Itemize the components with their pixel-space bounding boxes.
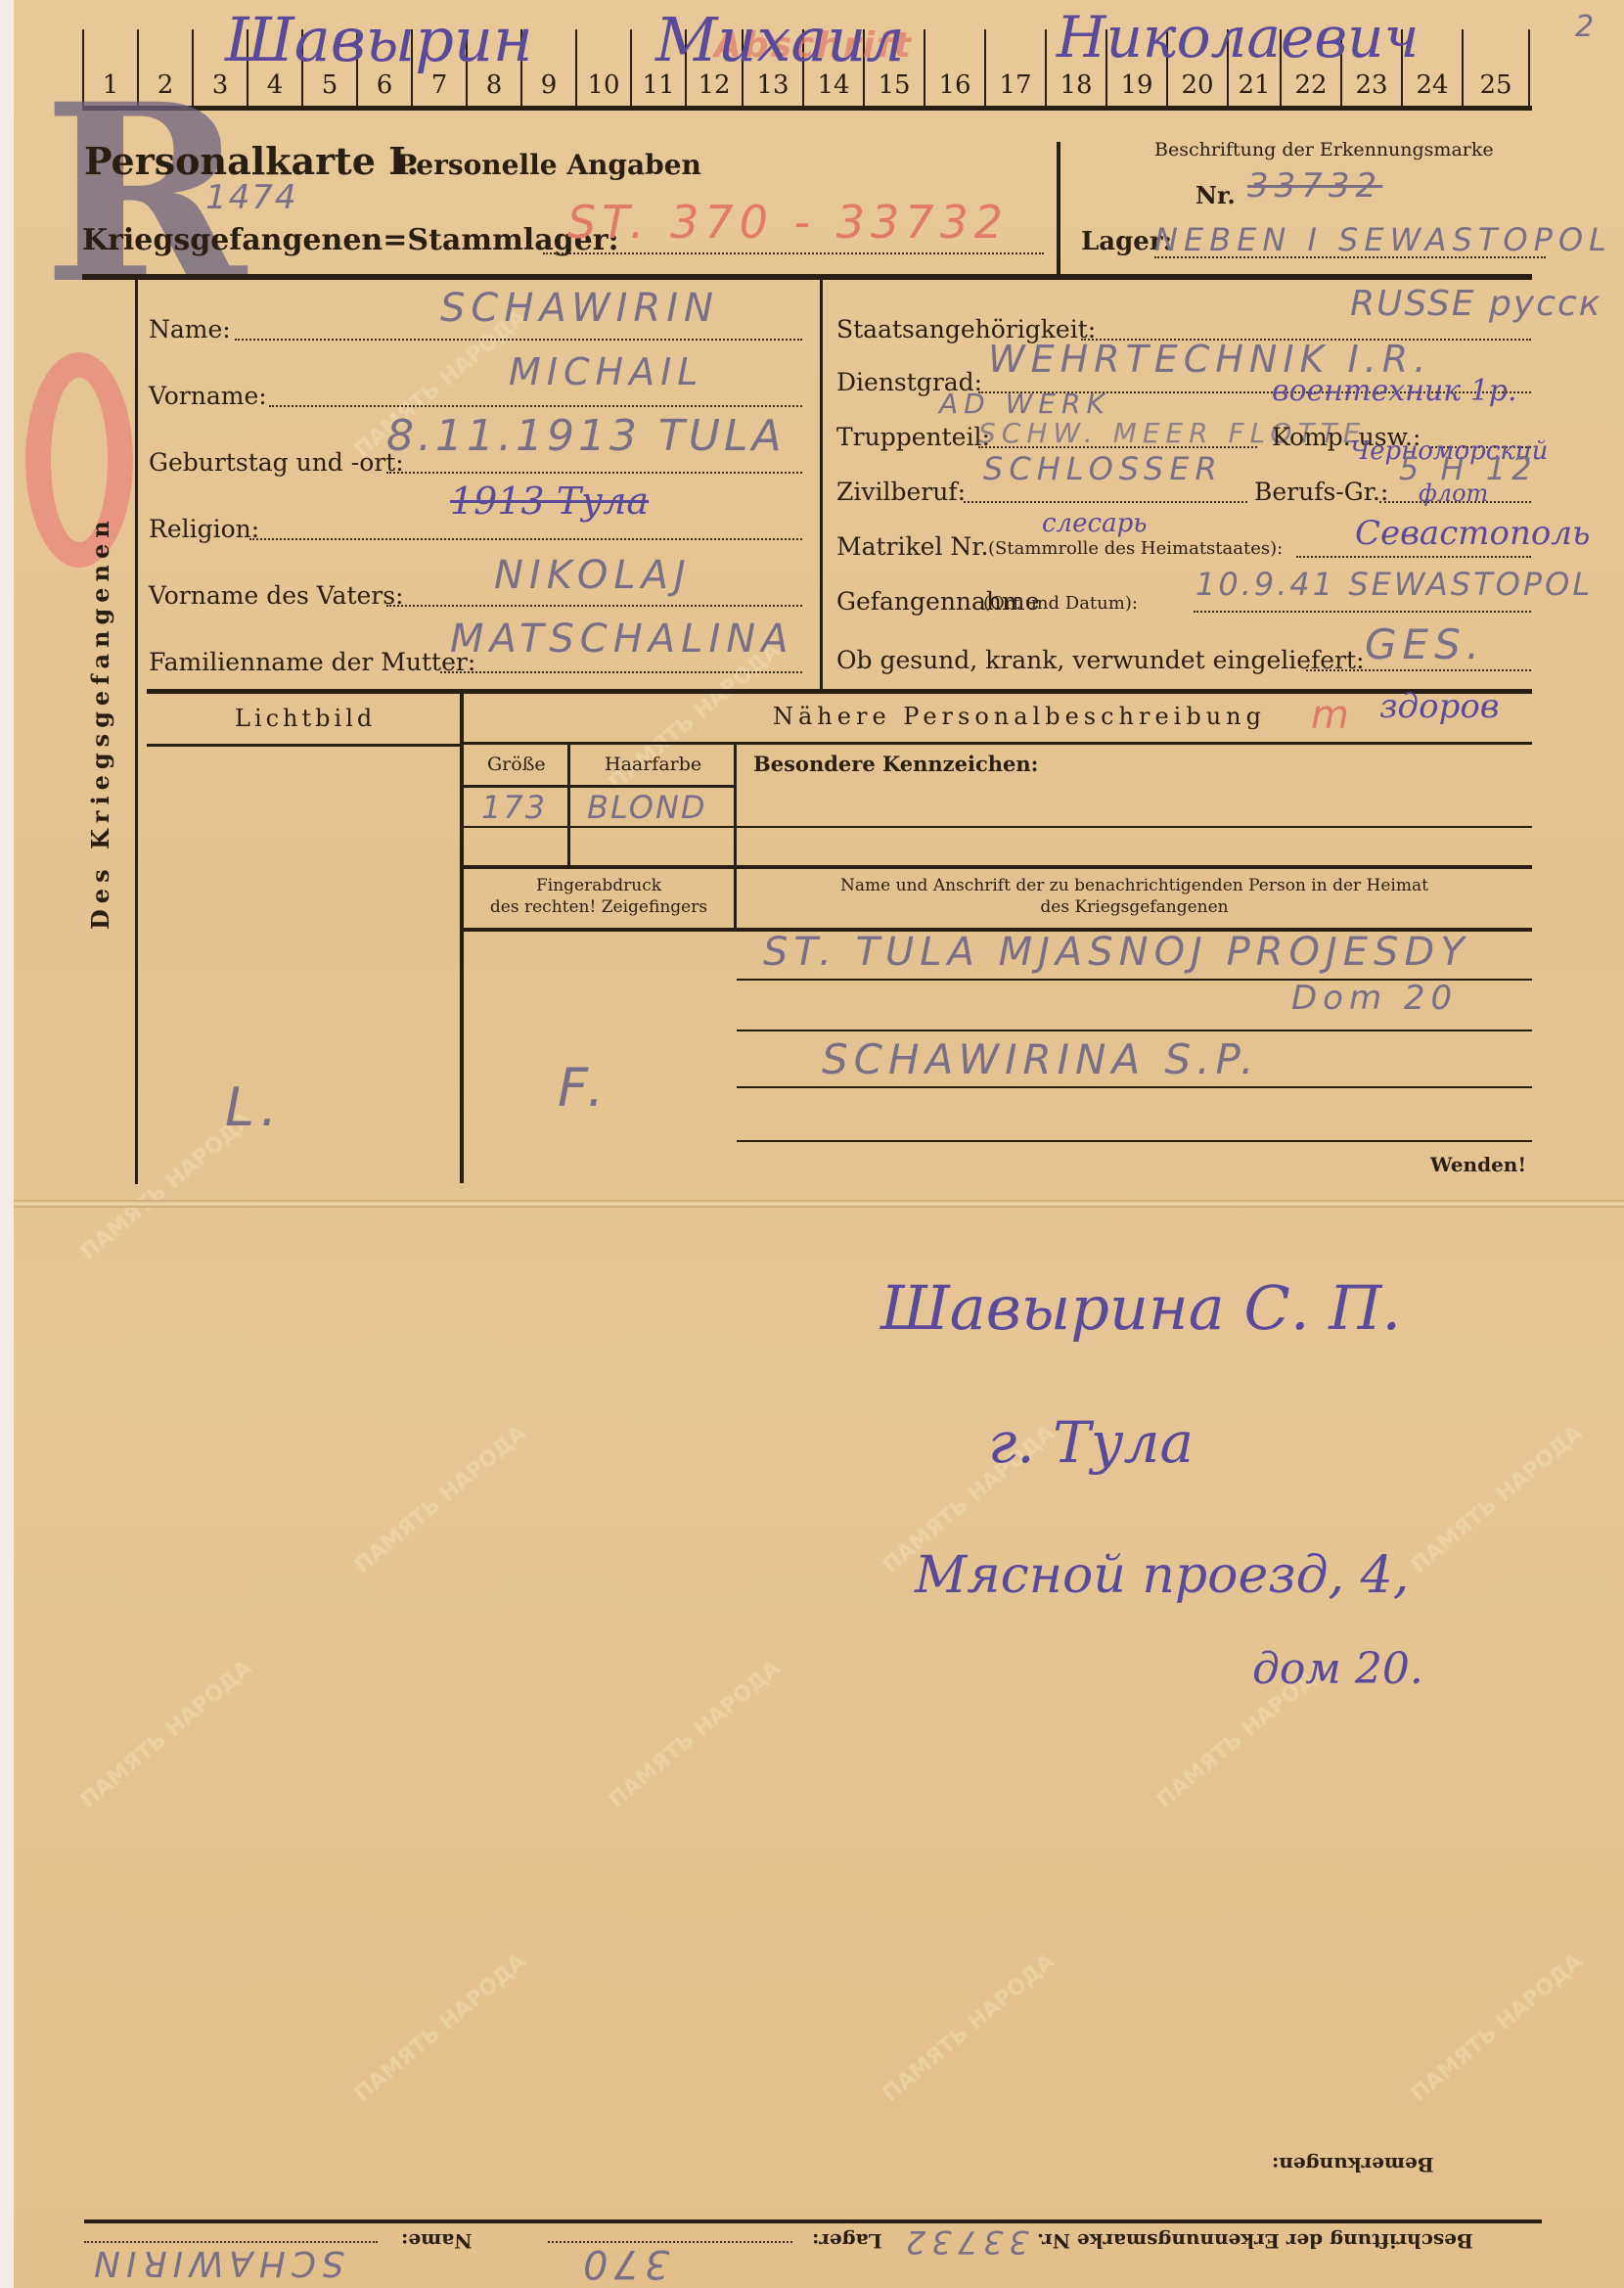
berufsgr-label: Berufs-Gr.: <box>1254 478 1388 506</box>
finger-rule <box>464 865 1532 869</box>
side-label: Des Kriegsgefangenen <box>86 515 114 930</box>
bottom-rule <box>84 2219 1542 2223</box>
contact-label: Name und Anschrift der zu benachrichtige… <box>737 875 1532 918</box>
mid-rule <box>464 826 1532 828</box>
title-rule <box>82 274 1532 280</box>
groesse-rule <box>464 785 734 788</box>
stammlager-line <box>543 252 1044 254</box>
name-label: Name: <box>149 315 231 343</box>
bottom-lager-label: Lager: <box>812 2229 882 2253</box>
bottom-name-label: Name: <box>401 2229 473 2253</box>
bottom-marke-label: Beschriftung der Erkennungsmarke Nr. <box>1037 2229 1473 2253</box>
bottom-name-value: SCHAWIRIN <box>88 2243 344 2283</box>
handwritten-patronymic: Николаевич <box>1057 4 1420 70</box>
wenden-label: Wenden! <box>1430 1153 1526 1176</box>
contact-line-rule-2 <box>737 1030 1532 1031</box>
document-page: ПАМЯТЬ НАРОДА ПАМЯТЬ НАРОДА ПАМЯТЬ НАРОД… <box>0 0 1624 2288</box>
name-line <box>235 339 802 341</box>
geburt-label: Geburtstag und -ort: <box>149 448 404 477</box>
zivil-value-ru: слесарь <box>1042 509 1147 538</box>
personal-divider <box>820 280 823 691</box>
truppenteil-extra: AD WERK <box>939 388 1110 420</box>
groesse-value: 173 <box>481 789 547 826</box>
watermark: ПАМЯТЬ НАРОДА <box>605 1656 786 1813</box>
matrikel-line <box>1296 556 1531 558</box>
back-note-line-4: дом 20. <box>1252 1644 1423 1694</box>
stammlager-value: ST. 370 - 33732 <box>567 196 1009 249</box>
lichtbild-divider <box>460 694 464 1183</box>
back-note-line-2: г. Тула <box>988 1409 1194 1476</box>
watermark: ПАМЯТЬ НАРОДА <box>879 1949 1060 2107</box>
religion-value: 1913 Тула <box>450 480 649 523</box>
vorname-label: Vorname: <box>149 382 267 410</box>
truppenteil-label: Truppenteil: <box>836 423 990 451</box>
photo-mark: L. <box>225 1076 283 1138</box>
contact-line-rule-4 <box>737 1140 1532 1142</box>
dienstgrad-value-ru: воентехник 1р. <box>1272 374 1517 408</box>
matrikel-sublabel: (Stammrolle des Heimatstaates): <box>988 538 1283 559</box>
corner-mark: 2 <box>1575 10 1600 44</box>
bemerkungen-label: Bemerkungen: <box>1272 2153 1434 2176</box>
frame-left <box>135 280 138 1184</box>
haarfarbe-value: BLOND <box>587 789 707 826</box>
gefangen-value: 10.9.41 SEWASTOPOL <box>1195 566 1593 603</box>
mutter-value: MATSCHALINA <box>450 617 794 662</box>
berufsgr-value-ru: флот <box>1419 480 1488 507</box>
contact-label-line2: des Kriegsgefangenen <box>737 896 1532 918</box>
card-subtitle: Personelle Angaben <box>396 149 701 181</box>
staat-value: RUSSE русск <box>1350 284 1601 324</box>
contact-line-3: SCHAWIRINA S.P. <box>822 1035 1259 1083</box>
groesse-divider <box>567 745 570 867</box>
finger-label-line1: Fingerabdruck <box>464 875 734 896</box>
watermark: ПАМЯТЬ НАРОДА <box>350 1949 531 2107</box>
contact-label-line1: Name und Anschrift der zu benachrichtige… <box>737 875 1532 896</box>
handwritten-surname: Шавырин <box>225 4 533 75</box>
religion-line <box>249 538 802 540</box>
lichtbild-rule <box>147 744 460 747</box>
contact-line-1: ST. TULA MJASNOJ PROJESDY <box>763 930 1470 975</box>
back-note-line-1: Шавырина С. П. <box>880 1272 1401 1344</box>
card-title: Personalkarte I: <box>84 139 420 183</box>
gefangen-sublabel: (Ort und Datum): <box>983 593 1138 614</box>
geburt-value: 8.11.1913 TULA <box>386 411 786 461</box>
matrikel-label: Matrikel Nr. <box>836 532 988 561</box>
header-number: 17 <box>984 29 1045 106</box>
scan-edge <box>0 0 14 2288</box>
religion-label: Religion: <box>149 515 259 543</box>
stammlager-label: Kriegsgefangenen=Stammlager: <box>82 223 619 257</box>
contact-line-2: Dom 20 <box>1291 979 1458 1018</box>
lager-value: NEBEN I SEWASTOPOL <box>1154 221 1612 258</box>
zivil-line <box>964 501 1247 503</box>
back-note-line-3: Мясной проезд, 4, <box>915 1546 1409 1605</box>
handwritten-firstname: Михаил <box>655 4 905 75</box>
gesund-label: Ob gesund, krank, verwundet eingeliefert… <box>836 646 1365 674</box>
header-number: 10 <box>575 29 630 106</box>
paper-fold <box>14 1200 1624 1208</box>
matrikel-value-ru: Севастополь <box>1355 514 1590 553</box>
watermark: ПАМЯТЬ НАРОДА <box>1407 1949 1588 2107</box>
watermark: ПАМЯТЬ НАРОДА <box>1407 1421 1588 1579</box>
zivil-label: Zivilberuf: <box>836 478 966 506</box>
zivil-value: SCHLOSSER <box>983 450 1223 487</box>
stamp-letter-o <box>25 352 133 568</box>
erkennungsmarke-divider <box>1057 142 1060 274</box>
vorname-line <box>269 405 802 407</box>
naehere-note-ru: здоров <box>1379 687 1500 726</box>
header-number: 16 <box>924 29 984 106</box>
vater-value: NIKOLAJ <box>494 553 692 598</box>
erkennungsmarke-heading: Beschriftung der Erkennungsmarke <box>1154 139 1494 160</box>
header-rule <box>82 106 1532 111</box>
watermark: ПАМЯТЬ НАРОДА <box>350 1421 531 1579</box>
naehere-label: Nähere Personalbeschreibung <box>773 703 1266 730</box>
lichtbild-label: Lichtbild <box>235 705 376 732</box>
vorname-value: MICHAIL <box>509 350 703 393</box>
gesund-value: GES. <box>1365 620 1485 668</box>
naehere-rule <box>464 742 1532 745</box>
haarfarbe-label: Haarfarbe <box>605 754 701 775</box>
marke-nr-label: Nr. <box>1195 181 1236 209</box>
mutter-line <box>440 671 802 673</box>
vater-label: Vorname des Vaters: <box>149 581 404 610</box>
vater-line <box>386 605 802 607</box>
kennzeichen-label: Besondere Kennzeichen: <box>753 752 1038 776</box>
watermark: ПАМЯТЬ НАРОДА <box>76 1656 257 1813</box>
geburt-line <box>386 472 802 474</box>
finger-mark: F. <box>558 1057 609 1119</box>
naehere-note-red: m <box>1311 693 1355 738</box>
gefangen-line <box>1194 611 1531 613</box>
groesse-label: Größe <box>487 754 546 775</box>
bottom-marke-value: 33732 <box>900 2223 1029 2261</box>
finger-label: Fingerabdruck des rechten! Zeigefingers <box>464 875 734 918</box>
name-value: SCHAWIRIN <box>440 286 719 331</box>
marke-nr-value: 33732 <box>1247 166 1382 206</box>
bottom-lager-value: 370 <box>577 2241 669 2286</box>
header-number: 25 <box>1462 29 1530 106</box>
stammlager-note: 1474 <box>205 178 298 217</box>
finger-label-line2: des rechten! Zeigefingers <box>464 896 734 918</box>
contact-line-rule-3 <box>737 1086 1532 1088</box>
mutter-label: Familienname der Mutter: <box>149 648 475 676</box>
gesund-line <box>1306 669 1531 671</box>
